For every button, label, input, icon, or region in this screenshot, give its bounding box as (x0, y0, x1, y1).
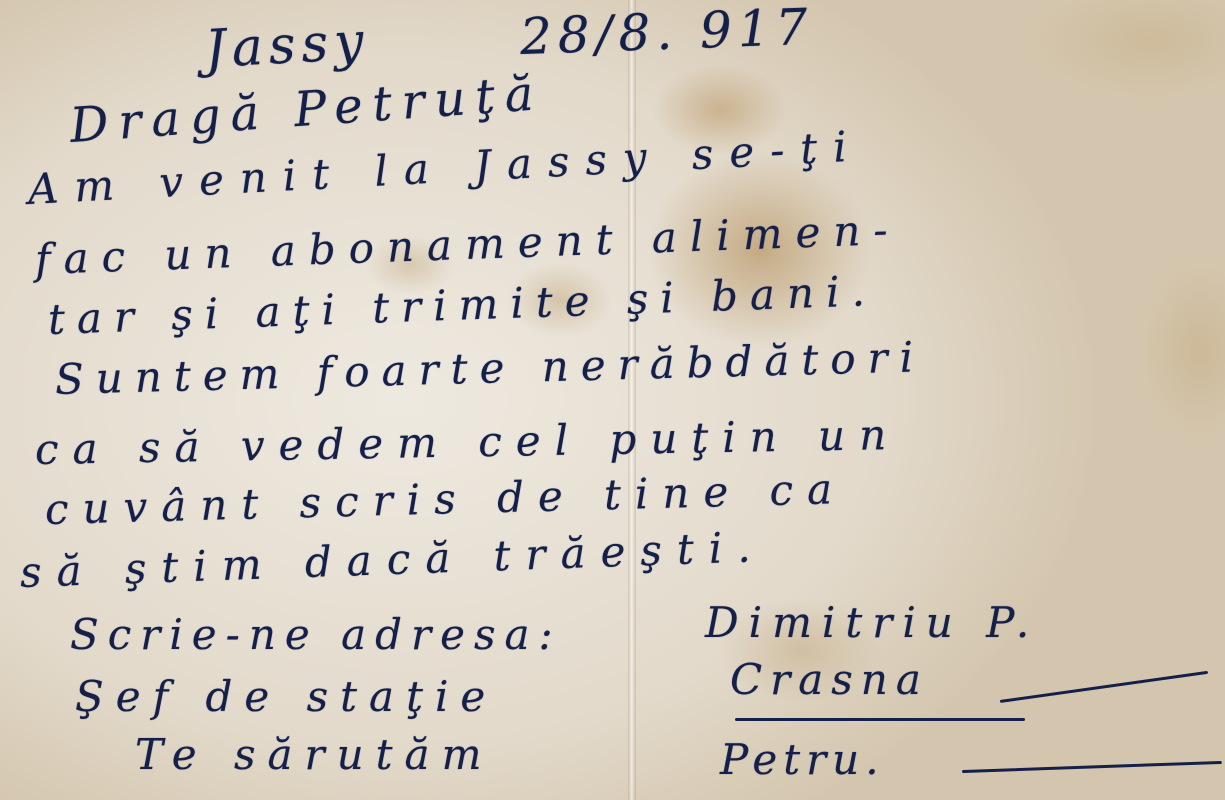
header-date: 28/8. 917 (519, 0, 814, 66)
postcard: Jassy 28/8. 917 Dragă Petruţă Am venit l… (0, 0, 1225, 800)
body-line-5: ca să vedem cel puţin un (35, 410, 901, 474)
closing-text: Te sărutăm (135, 730, 493, 779)
underline-station-right (1000, 671, 1208, 703)
address-role: Şef de staţie (75, 672, 497, 721)
address-label: Scrie-ne adresa: (70, 610, 562, 659)
signature: Petru. (720, 735, 885, 784)
address-name: Dimitriu P. (705, 598, 1039, 647)
signature-flourish (962, 761, 1222, 773)
body-line-7: să ştim dacă trăeşti. (19, 522, 766, 597)
underline-station (735, 718, 1025, 721)
body-line-4: Suntem foarte nerăbdători (54, 332, 925, 404)
fold-crease (628, 0, 636, 800)
address-station: Crasna (730, 655, 929, 704)
header-place: Jassy (203, 11, 371, 80)
